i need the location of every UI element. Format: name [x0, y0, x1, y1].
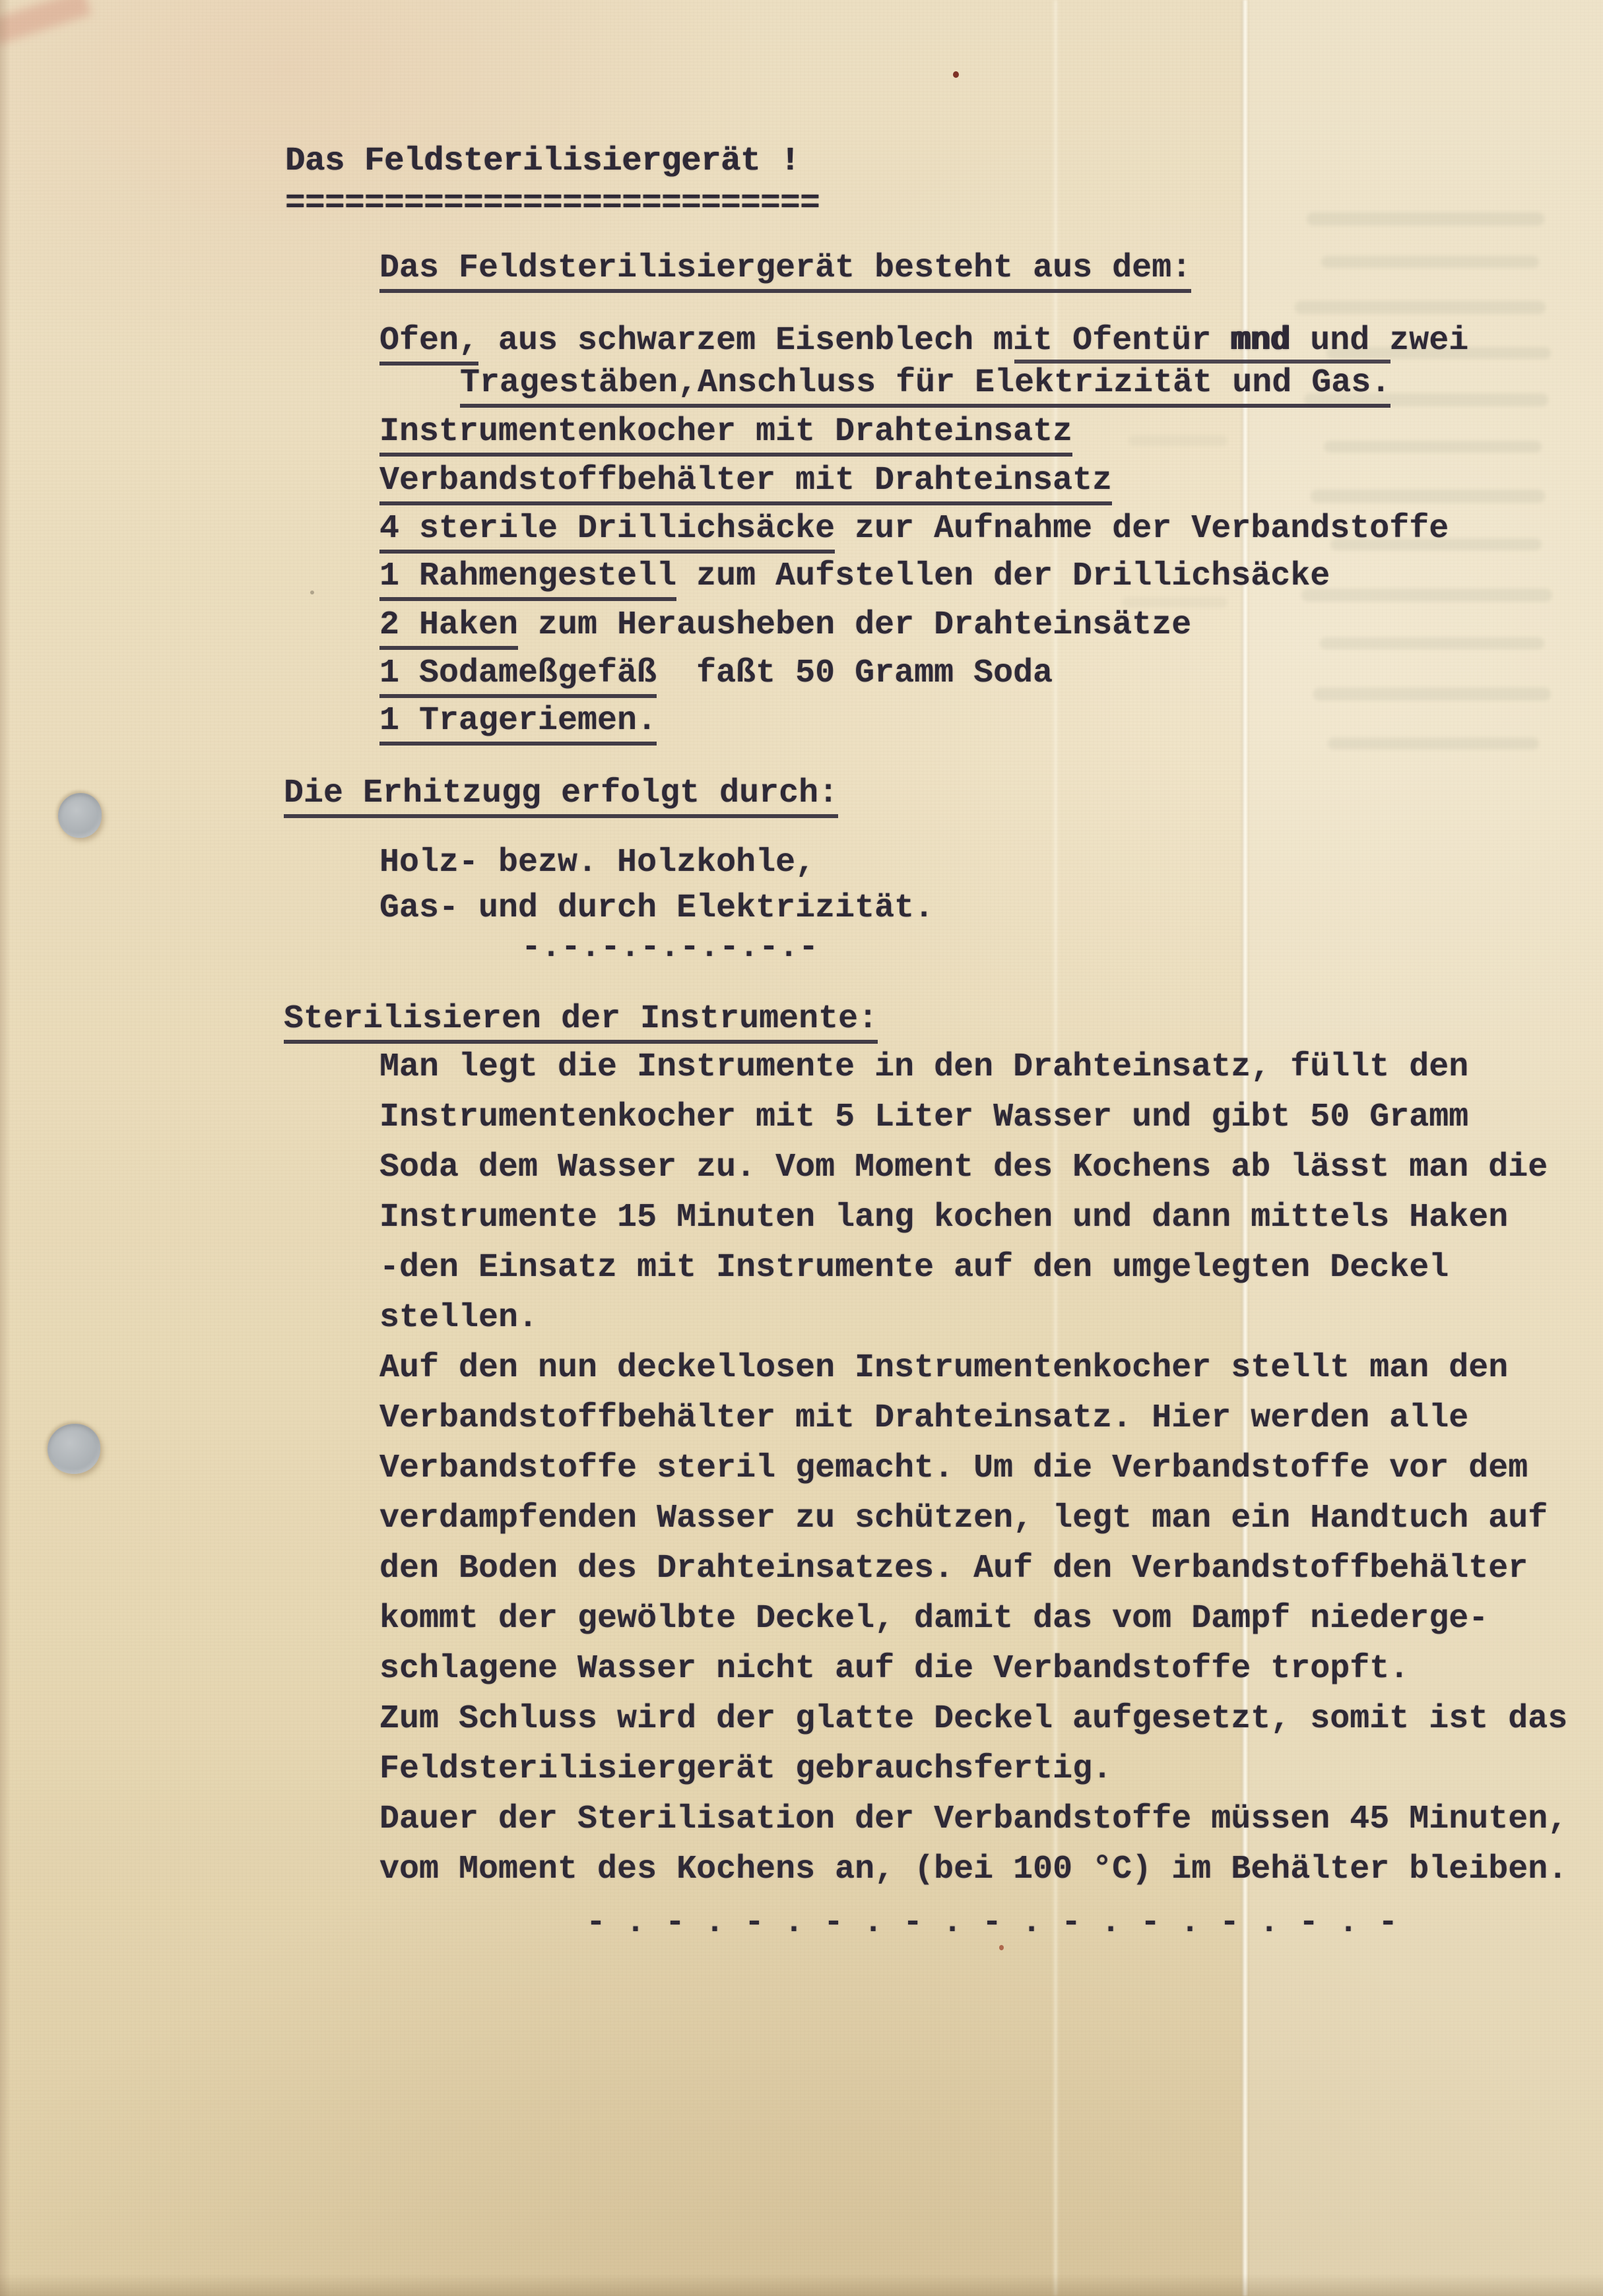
sterilize-paragraph: Man legt die Instrumente in den Drahtein… [379, 1051, 1567, 1903]
body-line: verdampfenden Wasser zu schützen, legt m… [379, 1502, 1567, 1535]
gestell-text: zum Aufstellen der Drillichsäcke [676, 558, 1330, 595]
body-line: Verbandstoffe steril gemacht. Um die Ver… [379, 1452, 1567, 1485]
bleed-through-mark [1321, 256, 1539, 268]
bleed-through-mark [1324, 441, 1542, 453]
document-title: Das Feldsterilisiergerät ! [285, 145, 800, 178]
punch-hole-bottom [48, 1424, 100, 1474]
bottom-divider-dots: - . - . - . - . - . - . - . - . - . - . … [586, 1907, 1398, 1940]
bleed-through-mark [1307, 212, 1544, 226]
bleed-through-mark [1313, 687, 1551, 701]
title-rule: =========================== [285, 187, 820, 220]
paper-bottom-edge-shadow [0, 2274, 1603, 2296]
behaelter-text: Verbandstoffbehälter mit Drahteinsatz [379, 462, 1112, 505]
component-line-behaelter: Verbandstoffbehälter mit Drahteinsatz [379, 464, 1112, 497]
section-divider-dots: -.-.-.-.-.-.-.- [521, 932, 818, 965]
body-line: den Boden des Drahteinsatzes. Auf den Ve… [379, 1552, 1567, 1585]
component-line-kocher: Instrumentenkocher mit Drahteinsatz [379, 416, 1072, 449]
body-line: Man legt die Instrumente in den Drahtein… [379, 1051, 1567, 1084]
heating-line-2: Gas- und durch Elektrizität. [379, 892, 934, 925]
ofen-tail: und zwei [1290, 322, 1468, 360]
riemen-text: 1 Trageriemen. [379, 702, 657, 746]
component-line-riemen: 1 Trageriemen. [379, 705, 657, 738]
bleed-through-mark [1295, 301, 1546, 314]
saecke-label: 4 sterile Drillichsäcke [379, 510, 835, 554]
haken-label: 2 Haken [379, 606, 518, 650]
ofen-label: Ofen, [379, 322, 478, 366]
ink-speck [999, 1945, 1004, 1950]
components-heading: Das Feldsterilisiergerät besteht aus dem… [379, 252, 1191, 285]
component-line-ofen-wrap: Tragestäben,Anschluss für Elektrizität u… [460, 367, 1390, 400]
heating-heading-text: Die Erhitzugg erfolgt durch: [284, 775, 838, 818]
paper-left-edge-shadow [0, 0, 11, 2296]
body-line: Dauer der Sterilisation der Verbandstoff… [379, 1803, 1567, 1836]
body-line: Zum Schluss wird der glatte Deckel aufge… [379, 1703, 1567, 1736]
ofen-text: aus schwarzem Eisenblech mit Ofentür [478, 322, 1231, 360]
component-line-ofen: Ofen, aus schwarzem Eisenblech mit Ofent… [379, 325, 1468, 358]
gefaess-label: 1 Sodameßgefäß [379, 654, 657, 698]
sterilize-heading: Sterilisieren der Instrumente: [284, 1003, 878, 1036]
ink-speck [310, 590, 314, 594]
gefaess-text: faßt 50 Gramm Soda [657, 654, 1053, 692]
bleed-through-mark [1320, 637, 1544, 649]
body-line: Soda dem Wasser zu. Vom Moment des Koche… [379, 1151, 1567, 1184]
kocher-text: Instrumentenkocher mit Drahteinsatz [379, 413, 1072, 457]
red-smear-mark [0, 0, 92, 45]
body-line: Feldsterilisiergerät gebrauchsfertig. [379, 1753, 1567, 1786]
body-line: Auf den nun deckellosen Instrumentenkoch… [379, 1352, 1567, 1385]
components-heading-text: Das Feldsterilisiergerät besteht aus dem… [379, 249, 1191, 293]
body-line: stellen. [379, 1302, 1567, 1335]
body-line: kommt der gewölbte Deckel, damit das vom… [379, 1603, 1567, 1636]
saecke-text: zur Aufnahme der Verbandstoffe [835, 510, 1449, 548]
body-line: -den Einsatz mit Instrumente auf den umg… [379, 1252, 1567, 1285]
haken-text: zum Herausheben der Drahteinsätze [518, 606, 1191, 644]
bleed-through-mark [1311, 490, 1545, 503]
body-line: Instrumente 15 Minuten lang kochen und d… [379, 1201, 1567, 1234]
bleed-through-mark [1301, 589, 1552, 602]
bleed-through-mark [1328, 738, 1539, 749]
body-line: schlagene Wasser nicht auf die Verbandst… [379, 1653, 1567, 1686]
body-line: Instrumentenkocher mit 5 Liter Wasser un… [379, 1101, 1567, 1134]
scanned-document-page: Das Feldsterilisiergerät ! =============… [0, 0, 1603, 2296]
component-line-haken: 2 Haken zum Herausheben der Drahteinsätz… [379, 609, 1191, 642]
ofen-wrap-b: ektrizität und Gas. [1014, 360, 1390, 408]
component-line-gefaess: 1 Sodameßgefäß faßt 50 Gramm Soda [379, 657, 1053, 690]
ink-speck [953, 71, 959, 78]
heating-heading: Die Erhitzugg erfolgt durch: [284, 777, 838, 810]
ofen-overstrike: mnd [1231, 322, 1290, 360]
gestell-label: 1 Rahmengestell [379, 558, 676, 601]
component-line-gestell: 1 Rahmengestell zum Aufstellen der Drill… [379, 560, 1330, 593]
sterilize-heading-text: Sterilisieren der Instrumente: [284, 1000, 878, 1044]
punch-hole-top [58, 793, 102, 838]
body-line: vom Moment des Kochens an, (bei 100 °C) … [379, 1853, 1567, 1886]
ofen-wrap-a: Tragestäben,Anschluss für El [460, 364, 1014, 408]
component-line-saecke: 4 sterile Drillichsäcke zur Aufnahme der… [379, 513, 1449, 546]
body-line: Verbandstoffbehälter mit Drahteinsatz. H… [379, 1402, 1567, 1435]
bleed-through-mark [1129, 435, 1227, 446]
heating-line-1: Holz- bezw. Holzkohle, [379, 846, 815, 879]
